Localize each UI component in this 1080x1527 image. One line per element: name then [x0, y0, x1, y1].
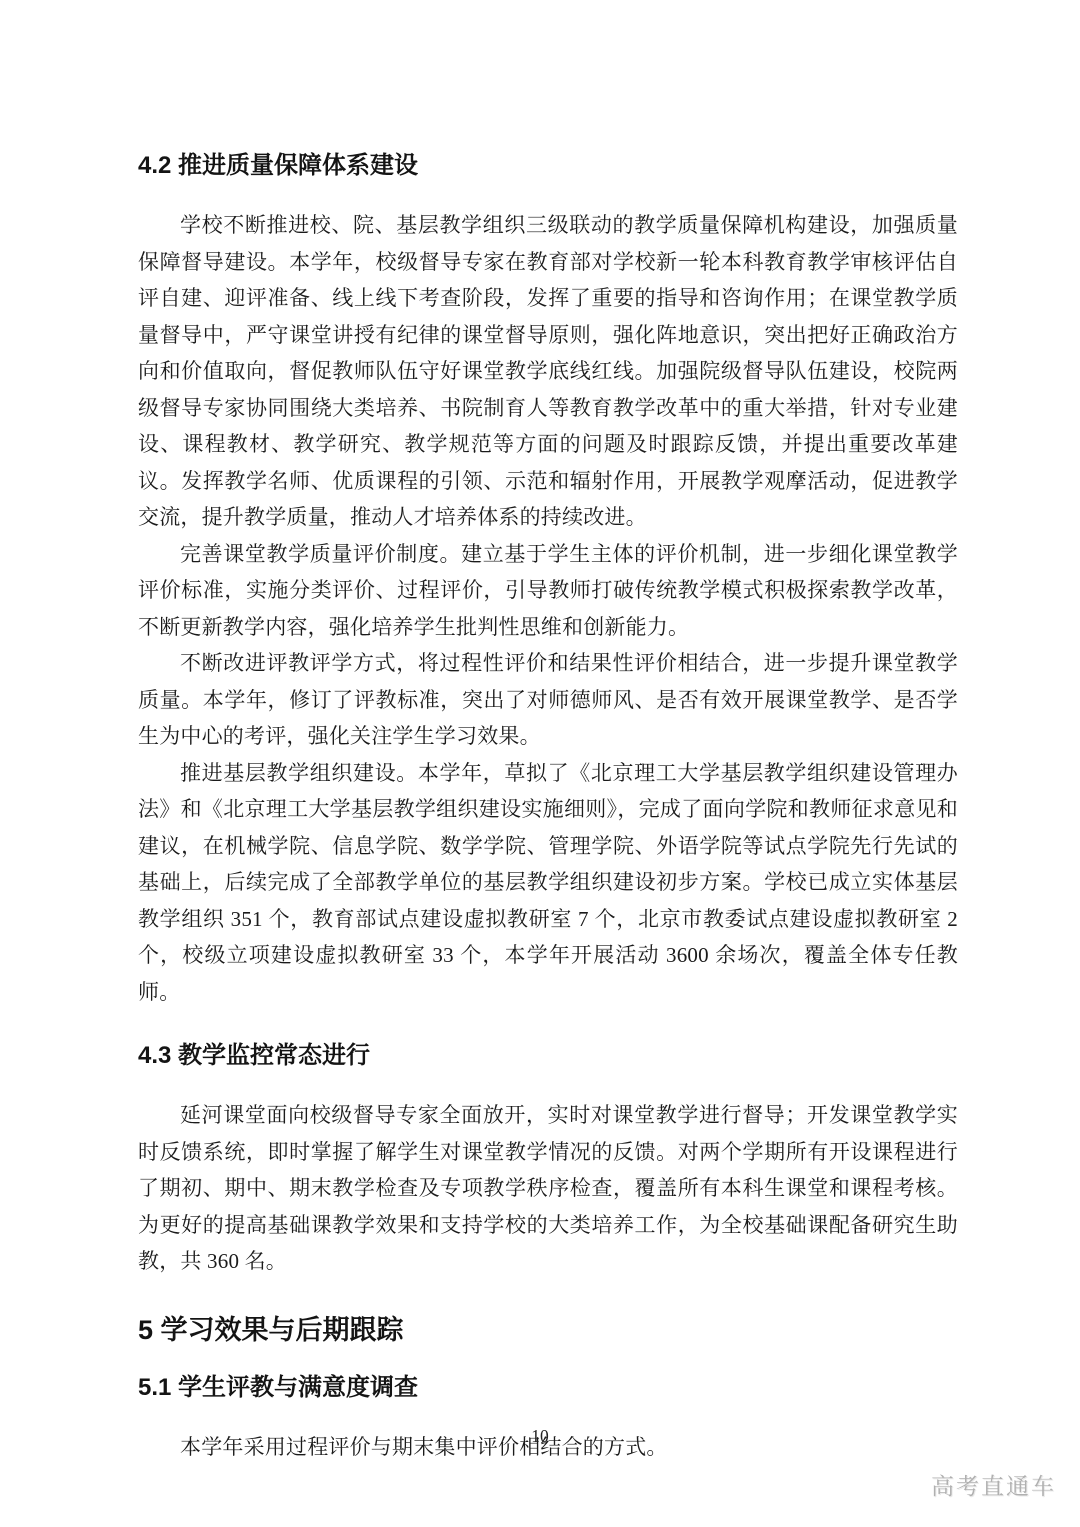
- paragraph-monitoring-1: 延河课堂面向校级督导专家全面放开，实时对课堂教学进行督导；开发课堂教学实时反馈系…: [138, 1097, 958, 1280]
- section-heading-5: 5 学习效果与后期跟踪: [138, 1314, 958, 1348]
- section-heading-4-3: 4.3 教学监控常态进行: [138, 1040, 958, 1071]
- paragraph-quality-system-1: 学校不断推进校、院、基层教学组织三级联动的教学质量保障机构建设，加强质量保障督导…: [138, 207, 958, 536]
- section-heading-4-2: 4.2 推进质量保障体系建设: [138, 150, 958, 181]
- page-number: 10: [0, 1426, 1080, 1447]
- paragraph-quality-system-2: 完善课堂教学质量评价制度。建立基于学生主体的评价机制，进一步细化课堂教学评价标准…: [138, 536, 958, 646]
- paragraph-quality-system-4: 推进基层教学组织建设。本学年，草拟了《北京理工大学基层教学组织建设管理办法》和《…: [138, 755, 958, 1011]
- section-heading-5-1: 5.1 学生评教与满意度调查: [138, 1372, 958, 1403]
- watermark-gaokao-zhitongche: 高考直通车: [931, 1468, 1056, 1501]
- document-page: 4.2 推进质量保障体系建设 学校不断推进校、院、基层教学组织三级联动的教学质量…: [0, 0, 1080, 1527]
- paragraph-quality-system-3: 不断改进评教评学方式，将过程性评价和结果性评价相结合，进一步提升课堂教学质量。本…: [138, 645, 958, 755]
